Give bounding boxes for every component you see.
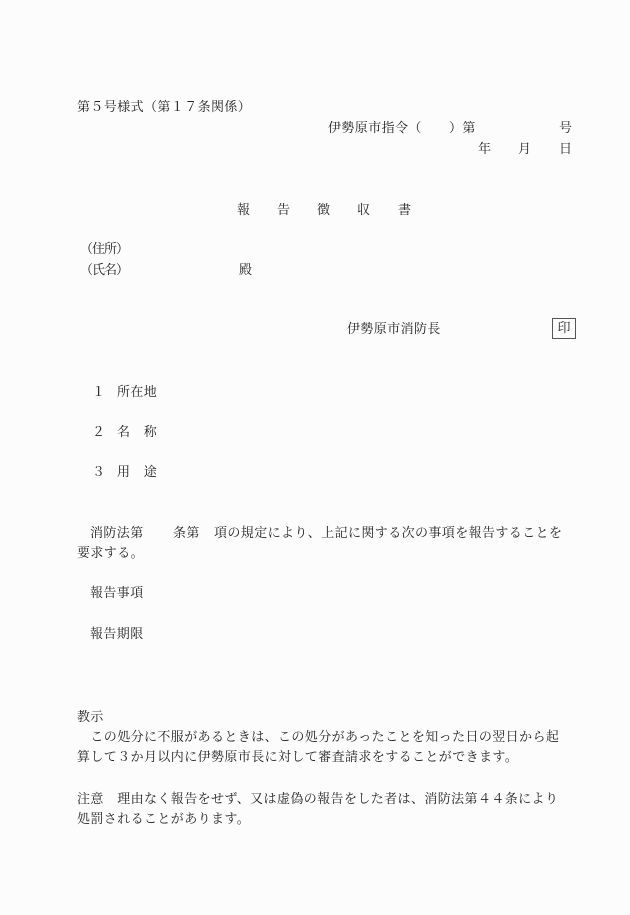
request-article: 条第 <box>173 526 200 542</box>
request-line2: 要求する。 <box>77 546 144 562</box>
honorific: 殿 <box>239 263 252 279</box>
title-char: 書 <box>398 203 411 219</box>
address-label: （住所） <box>80 242 128 258</box>
form-number: 第５号様式（第１７条関係） <box>77 100 251 116</box>
notice-line2: 処罰されることがあります。 <box>77 812 250 828</box>
item-number: １ <box>92 385 105 401</box>
instruction-heading: 教示 <box>77 710 104 726</box>
request-clause: 項の規定により、上記に関する次の事項を報告することを <box>214 526 562 542</box>
date-month: 月 <box>518 142 531 158</box>
request-law-prefix: 消防法第 <box>90 526 144 542</box>
notice-line1: 注意 理由なく報告をせず、又は虚偽の報告をした者は、消防法第４４条により <box>77 792 558 808</box>
directive-close: ）第 <box>449 121 476 137</box>
directive-suffix: 号 <box>559 121 572 137</box>
item-number: ３ <box>92 465 105 481</box>
item-label: 名 称 <box>117 425 157 441</box>
instruction-line2: 算して３か月以内に伊勢原市長に対して審査請求をすることができます。 <box>77 750 518 766</box>
date-year: 年 <box>478 142 491 158</box>
title-char: 告 <box>277 203 290 219</box>
report-deadline-label: 報告期限 <box>90 627 144 643</box>
title-char: 報 <box>237 203 250 219</box>
title-char: 徴 <box>317 203 330 219</box>
item-label: 所在地 <box>117 385 157 401</box>
seal-box: 印 <box>552 318 576 339</box>
item-number: ２ <box>92 425 105 441</box>
date-day: 日 <box>559 142 572 158</box>
directive-prefix: 伊勢原市指令（ <box>328 121 422 137</box>
instruction-line1: この処分に不服があるときは、この処分があったことを知った日の翌日から起 <box>77 730 559 746</box>
title-char: 収 <box>357 203 370 219</box>
name-label: （氏名） <box>80 263 128 279</box>
report-matters-label: 報告事項 <box>90 586 144 602</box>
issuer-name: 伊勢原市消防長 <box>347 322 441 338</box>
item-label: 用 途 <box>117 465 157 481</box>
